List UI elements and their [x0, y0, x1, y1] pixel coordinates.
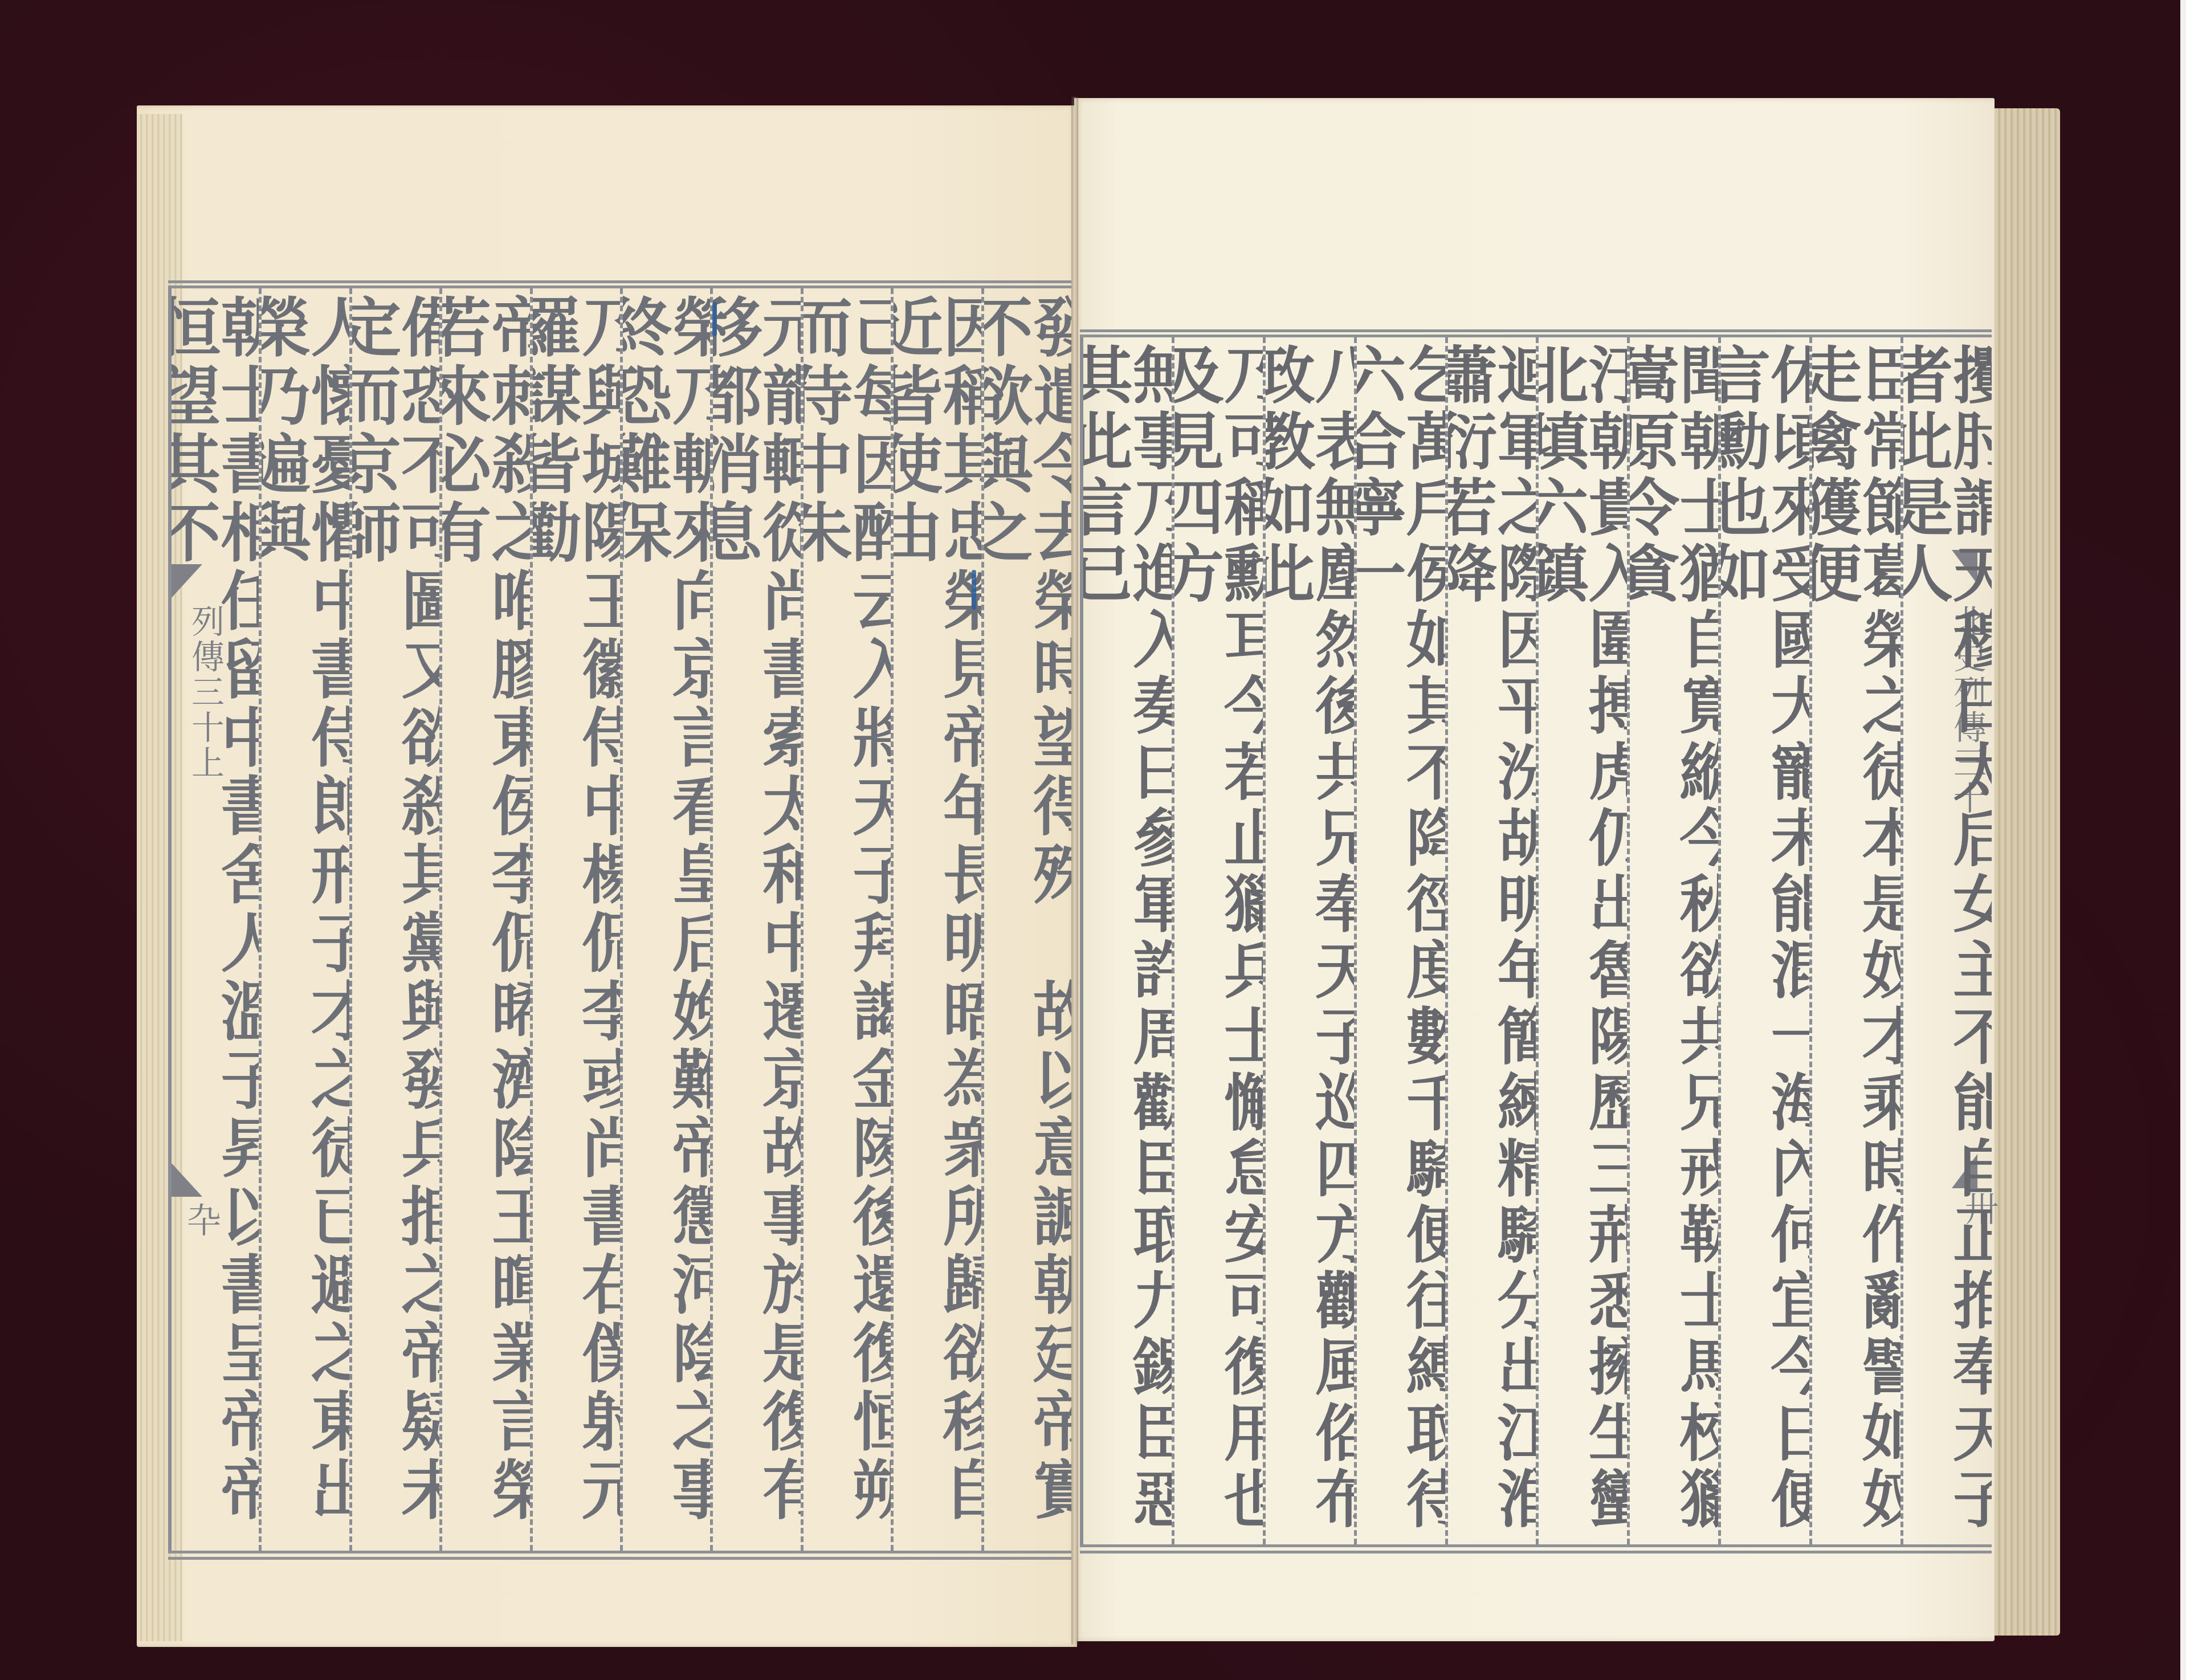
center-fold [1071, 97, 1078, 1644]
text-column: 發遣令去榮時望得殊 故以意諷朝廷帝實不欲與之 [981, 288, 1071, 1551]
text-column: 元龍輒從尚書索太和中遷京故事於是復有移都消息 [710, 288, 800, 1551]
right-page-edges [1995, 108, 2060, 1636]
text-column: 臣常節葛榮之徒本是奴才乘時作亂譬如奴走禽獲便 [1809, 337, 1900, 1544]
text-column: 乞萬戶侯如其不降徑度數千騎便往縛取待六合寧一 [1354, 337, 1445, 1544]
text-column: 帝刺殺之唯膠東侯李侃晞濟陰王暉業言榮若來必有 [439, 288, 529, 1551]
left-columns: 發遣令去榮時望得殊 故以意諷朝廷帝實不欲與之 因稱其忠榮見帝年長明晤為衆所歸欲移… [168, 288, 1071, 1551]
right-columns: 攫肘謂天穆曰太后女主不能自正推奉天子者此是人 臣常節葛榮之徒本是奴才乘時作亂譬如… [1080, 337, 1992, 1544]
text-column: 己每因醉云入將天子拜謁金陵後還復恒朔而侍中朱 [801, 288, 891, 1551]
text-column: 因稱其忠榮見帝年長明晤為衆所歸欲移自近皆使由 [891, 288, 981, 1551]
left-text-frame: 發遣令去榮時望得殊 故以意諷朝廷帝實不欲與之 因稱其忠榮見帝年長明晤為衆所歸欲移… [168, 280, 1071, 1560]
text-column: 乃可稱勳耳今若止獵兵士懈怠安可復用也及見四方 [1172, 337, 1263, 1544]
text-column: 榮乃斬來向京言看皇后娩難帝懲河陰之事終恐難保 [620, 288, 710, 1551]
annotation-mark [712, 302, 717, 336]
text-column: 迴軍之際因平汾胡明年簡練精騎分出江淮蕭衍若降 [1445, 337, 1536, 1544]
text-column: 八表無塵然後共兄奉天子巡四方觀風俗布政教如此 [1263, 337, 1354, 1544]
text-column: 乃與城陽王徽侍中楊侃李彧尚書右僕射元羅謀皆勸 [530, 288, 620, 1551]
text-column: 備恐不可圖又欲殺其黨與發兵拒之帝疑未定而京師 [349, 288, 439, 1551]
text-column: 聞朝士猶自寬縱今秋欲共兄戒勒士馬校獵嵩原令貪 [1627, 337, 1718, 1544]
text-column: 攫肘謂天穆曰太后女主不能自正推奉天子者此是人 [1900, 337, 1992, 1544]
text-column: 休頃來受國大寵未能混一海內何宜今日便言勳也如 [1718, 337, 1809, 1544]
right-text-frame: 攫肘謂天穆曰太后女主不能自正推奉天子者此是人 臣常節葛榮之徒本是奴才乘時作亂譬如… [1080, 329, 1992, 1553]
text-column: 汙朝貴入圍搏虎仍出魯陽歷三荊悉擁生蠻北填六鎮 [1536, 337, 1627, 1544]
text-column: 無事乃進入奏曰參軍許周勸臣取九錫臣惡其此言已 [1080, 337, 1172, 1544]
annotation-mark [972, 570, 976, 610]
text-column: 人懷憂懼中書侍郎邢子才之徒已避之東出榮乃遍與 [259, 288, 349, 1551]
scan-edge-strip [2180, 0, 2186, 1680]
text-column: 朝士書相任留中書舍人溫子昇以書呈帝帝恒望其不 [168, 288, 259, 1551]
